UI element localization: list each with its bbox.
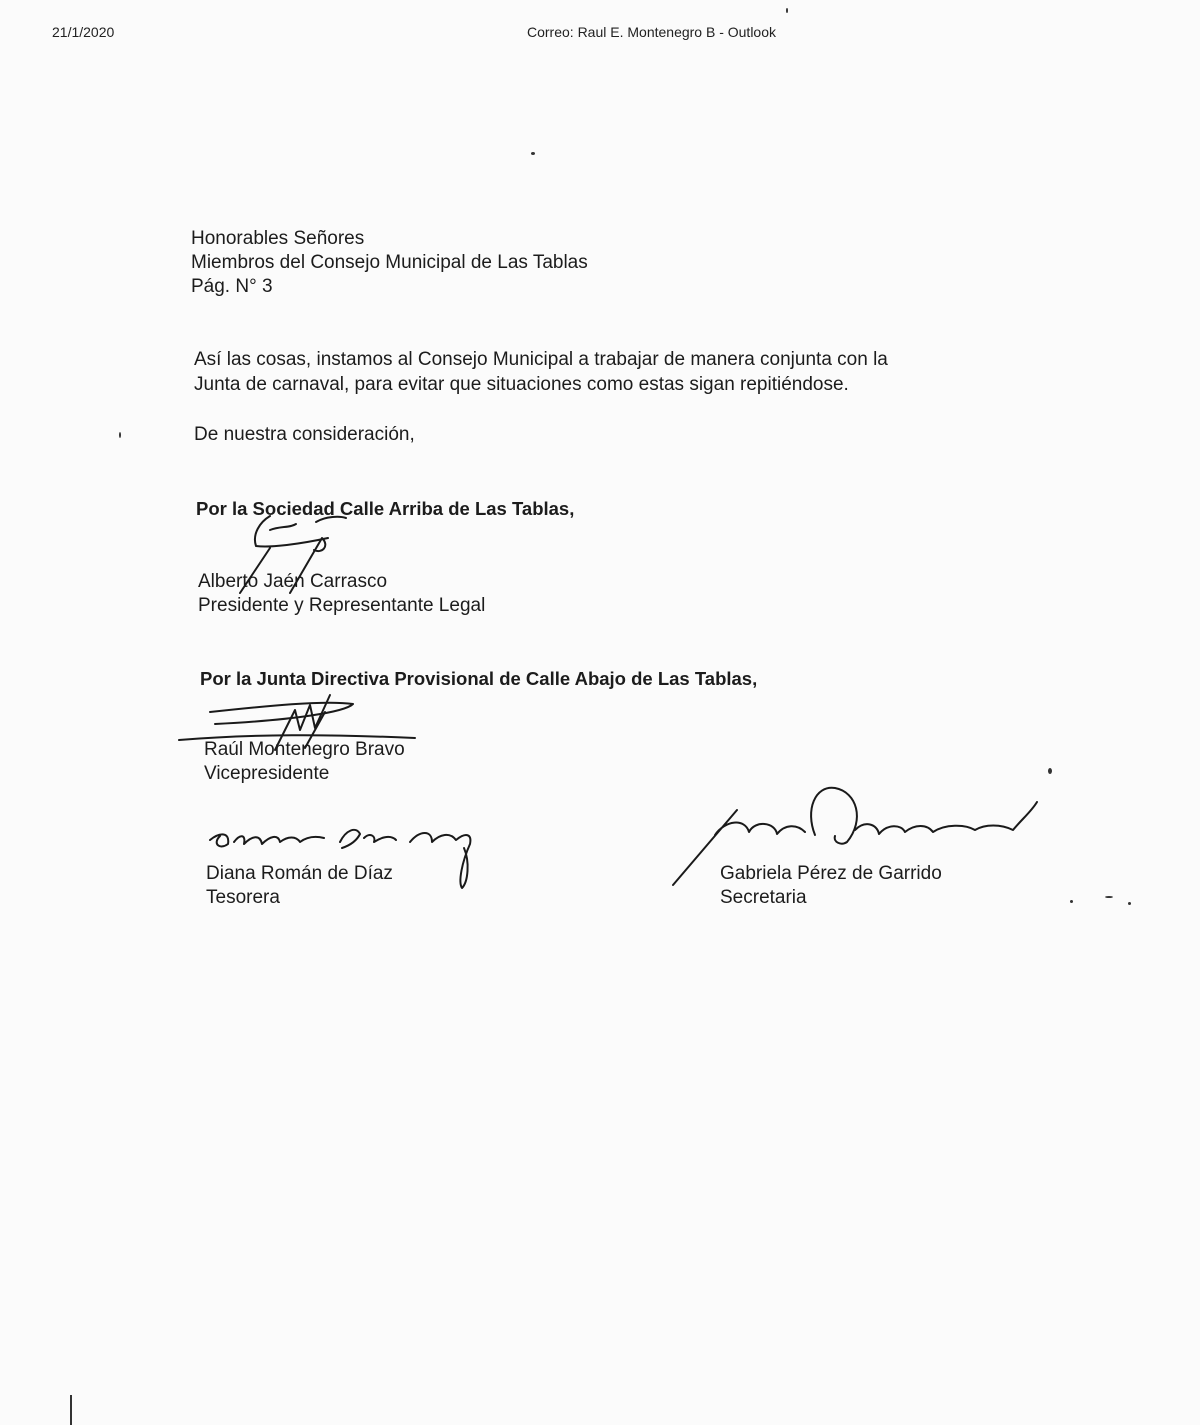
group1-role: Presidente y Representante Legal xyxy=(198,594,485,618)
treasurer-name: Diana Román de Díaz xyxy=(206,862,393,886)
addressee-line-1: Honorables Señores xyxy=(191,227,364,251)
closing-line: De nuestra consideración, xyxy=(194,423,415,447)
secretary-role: Secretaria xyxy=(720,886,807,910)
scan-speck xyxy=(531,152,535,155)
scan-speck xyxy=(1070,900,1073,903)
vice-role: Vicepresidente xyxy=(204,762,329,786)
scan-edge-mark xyxy=(70,1395,72,1425)
scan-speck xyxy=(1128,902,1131,905)
group1-name: Alberto Jaén Carrasco xyxy=(198,570,387,594)
scan-speck xyxy=(1105,896,1113,898)
scan-speck xyxy=(786,8,788,13)
body-paragraph-line-2: Junta de carnaval, para evitar que situa… xyxy=(194,373,849,397)
print-date: 21/1/2020 xyxy=(52,24,114,40)
vice-name: Raúl Montenegro Bravo xyxy=(204,738,405,762)
secretary-name: Gabriela Pérez de Garrido xyxy=(720,862,942,886)
group2-heading: Por la Junta Directiva Provisional de Ca… xyxy=(200,667,757,691)
treasurer-role: Tesorera xyxy=(206,886,280,910)
group1-heading: Por la Sociedad Calle Arriba de Las Tabl… xyxy=(196,497,574,521)
print-header-title: Correo: Raul E. Montenegro B - Outlook xyxy=(527,24,776,40)
body-paragraph-line-1: Así las cosas, instamos al Consejo Munic… xyxy=(194,348,888,372)
addressee-line-2: Miembros del Consejo Municipal de Las Ta… xyxy=(191,251,588,275)
page-number: Pág. N° 3 xyxy=(191,275,273,299)
scan-speck xyxy=(1048,768,1052,774)
scan-speck xyxy=(119,432,121,438)
